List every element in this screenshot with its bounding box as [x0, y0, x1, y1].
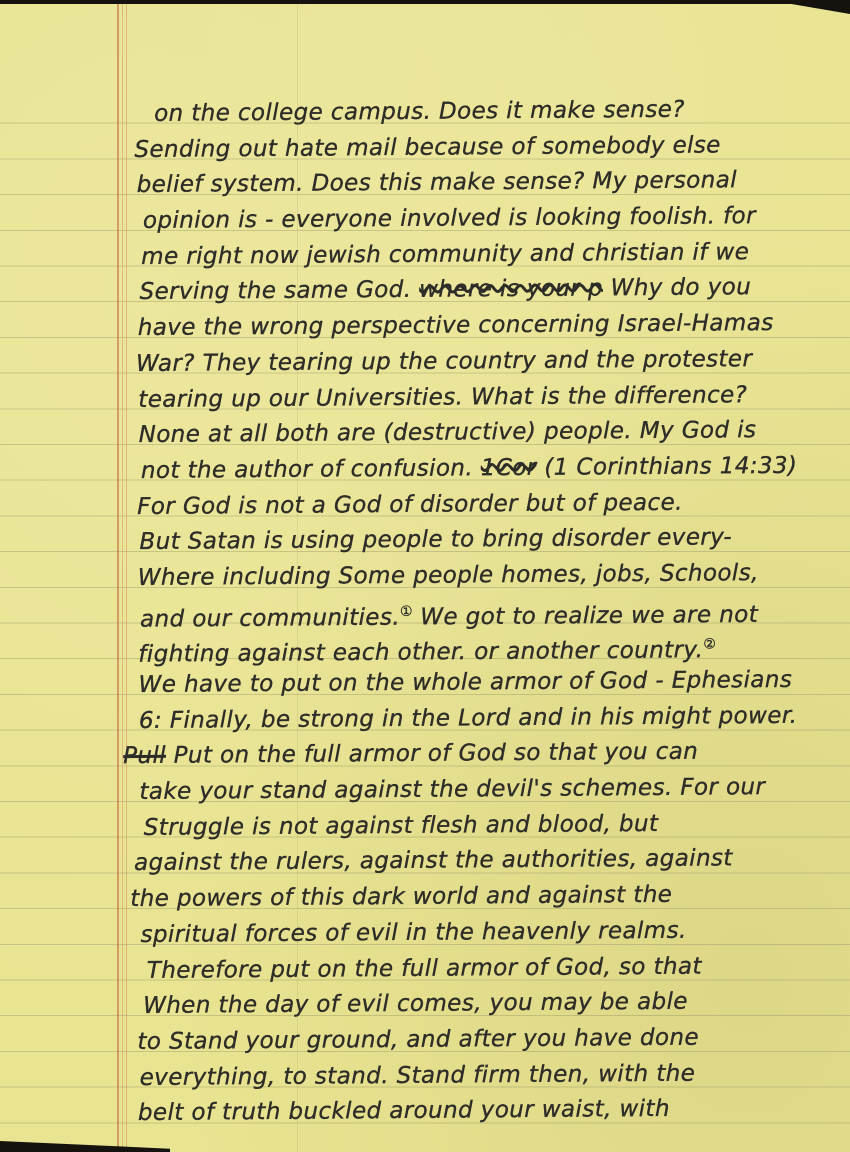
- text-segment: to Stand your ground, and after you have…: [137, 1024, 699, 1054]
- margin-line: [117, 3, 129, 1152]
- handwritten-line: opinion is - everyone involved is lookin…: [143, 199, 796, 240]
- handwritten-line: everything, to stand. Stand firm then, w…: [140, 1055, 803, 1096]
- text-segment: Why do you: [603, 275, 751, 302]
- text-segment: Struggle is not against flesh and blood,…: [144, 811, 659, 841]
- handwritten-line: Struggle is not against flesh and blood,…: [144, 806, 801, 847]
- photo-background: on the college campus. Does it make sens…: [0, 0, 850, 1152]
- text-segment: When the day of evil comes, you may be a…: [143, 989, 688, 1019]
- handwritten-line: tearing up our Universities. What is the…: [138, 377, 797, 418]
- text-segment: But Satan is using people to bring disor…: [139, 525, 732, 556]
- text-segment: have the wrong perspective concerning Is…: [138, 310, 774, 341]
- handwritten-line: 6: Finally, be strong in the Lord and in…: [139, 698, 800, 739]
- text-segment: take your stand against the devil's sche…: [139, 774, 765, 805]
- handwritten-line: fighting against each other. or another …: [138, 627, 799, 668]
- handwritten-line: Where including Some people homes, jobs,…: [138, 556, 799, 597]
- footnote-marker: ②: [703, 637, 716, 653]
- footnote-marker: ①: [400, 603, 413, 619]
- text-segment: me right now jewish community and christ…: [141, 239, 749, 270]
- notepad-page: on the college campus. Does it make sens…: [0, 3, 850, 1152]
- handwritten-line: Sending out hate mail because of somebod…: [134, 127, 795, 168]
- handwritten-line: But Satan is using people to bring disor…: [139, 520, 798, 561]
- text-segment: Sending out hate mail because of somebod…: [134, 132, 721, 163]
- handwritten-line: on the college campus. Does it make sens…: [154, 92, 795, 133]
- text-segment: Put on the full armor of God so that you…: [166, 739, 698, 769]
- text-segment: Serving the same God.: [139, 277, 419, 305]
- handwritten-line: Therefore put on the full armor of God, …: [147, 948, 802, 989]
- handwritten-line: the powers of this dark world and agains…: [130, 877, 801, 918]
- handwritten-line: We have to put on the whole armor of God…: [138, 663, 799, 704]
- text-segment: on the college campus. Does it make sens…: [154, 97, 685, 127]
- handwritten-line: None at all both are (destructive) peopl…: [139, 413, 798, 454]
- handwritten-line: take your stand against the devil's sche…: [139, 770, 800, 811]
- crossed-out-text: Pull: [123, 743, 166, 769]
- text-segment: We have to put on the whole armor of God…: [139, 667, 793, 698]
- text-segment: the powers of this dark world and agains…: [130, 882, 672, 912]
- handwritten-line: For God is not a God of disorder but of …: [137, 484, 798, 525]
- handwritten-line: not the author of confusion. 1Cor (1 Cor…: [141, 449, 798, 490]
- handwritten-line: When the day of evil comes, you may be a…: [143, 984, 802, 1025]
- handwritten-line: and our communities.① We got to realize …: [140, 591, 799, 632]
- crossed-out-text: 1Cor: [481, 455, 537, 481]
- handwritten-line: belief system. Does this make sense? My …: [137, 163, 796, 204]
- text-segment: We got to realize we are not: [412, 601, 758, 630]
- text-segment: spiritual forces of evil in the heavenly…: [140, 917, 686, 947]
- text-segment: not the author of confusion.: [141, 455, 481, 484]
- text-segment: opinion is - everyone involved is lookin…: [143, 203, 756, 234]
- photo-edge-top: [0, 0, 850, 4]
- handwritten-line: against the rulers, against the authorit…: [134, 841, 801, 882]
- handwritten-line: Serving the same God. where is your p Wh…: [139, 270, 796, 311]
- crossed-out-text: where is your p: [419, 276, 603, 303]
- handwritten-text: on the college campus. Does it make sens…: [134, 92, 803, 1132]
- handwritten-line: have the wrong perspective concerning Is…: [138, 306, 797, 347]
- text-segment: against the rulers, against the authorit…: [134, 846, 733, 877]
- text-segment: belief system. Does this make sense? My …: [137, 168, 737, 199]
- handwritten-line: belt of truth buckled around your waist,…: [138, 1091, 803, 1132]
- handwritten-line: spiritual forces of evil in the heavenly…: [140, 913, 801, 954]
- handwritten-line: Pull Put on the full armor of God so tha…: [123, 734, 800, 775]
- text-segment: 6: Finally, be strong in the Lord and in…: [139, 702, 798, 733]
- text-segment: For God is not a God of disorder but of …: [137, 489, 683, 519]
- text-segment: belt of truth buckled around your waist,…: [138, 1096, 670, 1126]
- text-segment: None at all both are (destructive) peopl…: [139, 417, 757, 448]
- text-segment: and our communities.: [140, 604, 400, 632]
- text-segment: War? They tearing up the country and the…: [136, 346, 752, 377]
- text-segment: Therefore put on the full armor of God, …: [147, 953, 702, 983]
- text-segment: Where including Some people homes, jobs,…: [138, 560, 759, 591]
- handwritten-line: me right now jewish community and christ…: [141, 235, 796, 276]
- text-segment: everything, to stand. Stand firm then, w…: [140, 1060, 696, 1090]
- text-segment: tearing up our Universities. What is the…: [138, 382, 747, 413]
- handwritten-line: War? They tearing up the country and the…: [136, 342, 797, 383]
- text-segment: (1 Corinthians 14:33): [536, 453, 797, 481]
- handwritten-line: to Stand your ground, and after you have…: [137, 1020, 802, 1061]
